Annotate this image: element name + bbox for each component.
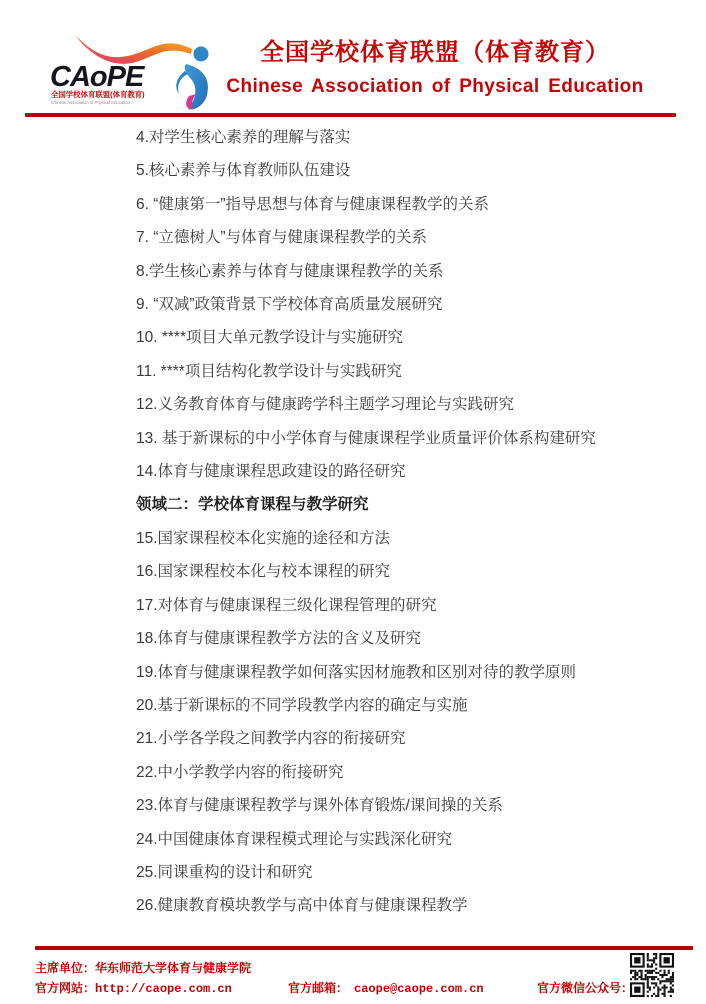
website-label: 官方网站： <box>35 981 95 995</box>
ribbon-swoosh-shape <box>75 35 192 64</box>
topic-list-item: 15.国家课程校本化实施的途径和方法 <box>136 522 691 555</box>
org-title-cn: 全国学校体育联盟（体育教育） <box>205 38 665 68</box>
topic-list-item: 17.对体育与健康课程三级化课程管理的研究 <box>136 589 691 622</box>
topic-list-item: 12.义务教育体育与健康跨学科主题学习理论与实践研究 <box>136 388 691 421</box>
email-address[interactable]: caope@caope.com.cn <box>354 982 484 996</box>
section-heading: 领域二：学校体育课程与教学研究 <box>136 488 691 521</box>
topic-list: 4.对学生核心素养的理解与落实5.核心素养与体育教师队伍建设6. “健康第一”指… <box>136 121 691 923</box>
website-url[interactable]: http://caope.com.cn <box>95 982 232 996</box>
footer-divider-line <box>35 946 693 950</box>
topic-list-item: 21.小学各学段之间教学内容的衔接研究 <box>136 722 691 755</box>
org-title-en: Chinese Association of Physical Educatio… <box>205 75 665 99</box>
topic-list-item: 7. “立德树人”与体育与健康课程教学的关系 <box>136 221 691 254</box>
topic-list-item: 8.学生核心素养与体育与健康课程教学的关系 <box>136 255 691 288</box>
email-label: 官方邮箱： <box>288 981 348 995</box>
brand-text: CAoPE <box>50 61 146 93</box>
caope-logo: CAoPE 全国学校体育联盟(体育教育) Chinese Association… <box>42 24 226 114</box>
figure-arm-shape <box>176 71 188 94</box>
topic-list-item: 26.健康教育模块教学与高中体育与健康课程教学 <box>136 889 691 922</box>
brand-subtitle-cn: 全国学校体育联盟(体育教育) <box>51 90 145 99</box>
topic-list-item: 9. “双减”政策背景下学校体育高质量发展研究 <box>136 288 691 321</box>
topic-list-item: 25.同课重构的设计和研究 <box>136 856 691 889</box>
wechat-label: 官方微信公众号： <box>537 981 633 995</box>
topic-list-item: 18.体育与健康课程教学方法的含义及研究 <box>136 622 691 655</box>
topic-list-item: 20.基于新课标的不同学段教学内容的确定与实施 <box>136 689 691 722</box>
topic-list-item: 23.体育与健康课程教学与课外体育锻炼/课间操的关系 <box>136 789 691 822</box>
topic-list-item: 5.核心素养与体育教师队伍建设 <box>136 154 691 187</box>
topic-list-item: 10. ****项目大单元教学设计与实施研究 <box>136 321 691 354</box>
topic-list-item: 13. 基于新课标的中小学体育与健康课程学业质量评价体系构建研究 <box>136 422 691 455</box>
document-page: CAoPE 全国学校体育联盟(体育教育) Chinese Association… <box>0 0 706 1004</box>
qr-code-image <box>630 953 674 997</box>
email-line: 官方邮箱：caope@caope.com.cn <box>288 981 484 996</box>
topic-list-item: 24.中国健康体育课程模式理论与实践深化研究 <box>136 823 691 856</box>
host-unit-line: 主席单位：华东师范大学体育与健康学院 <box>35 961 251 975</box>
topic-list-item: 22.中小学教学内容的衔接研究 <box>136 756 691 789</box>
topic-list-item: 16.国家课程校本化与校本课程的研究 <box>136 555 691 588</box>
header-divider-line <box>25 113 676 117</box>
topic-list-item: 6. “健康第一”指导思想与体育与健康课程教学的关系 <box>136 188 691 221</box>
topic-list-item: 11. ****项目结构化教学设计与实践研究 <box>136 355 691 388</box>
caope-logo-graphic: CAoPE 全国学校体育联盟(体育教育) Chinese Association… <box>42 24 226 114</box>
topic-list-item: 4.对学生核心素养的理解与落实 <box>136 121 691 154</box>
topic-list-item: 19.体育与健康课程教学如何落实因材施教和区别对待的教学原则 <box>136 656 691 689</box>
website-line: 官方网站：http://caope.com.cn <box>35 981 232 996</box>
brand-subtitle-en: Chinese Association of Physical Educatio… <box>51 100 131 105</box>
topic-list-item: 14.体育与健康课程思政建设的路径研究 <box>136 455 691 488</box>
header-title-block: 全国学校体育联盟（体育教育） Chinese Association of Ph… <box>205 38 665 99</box>
